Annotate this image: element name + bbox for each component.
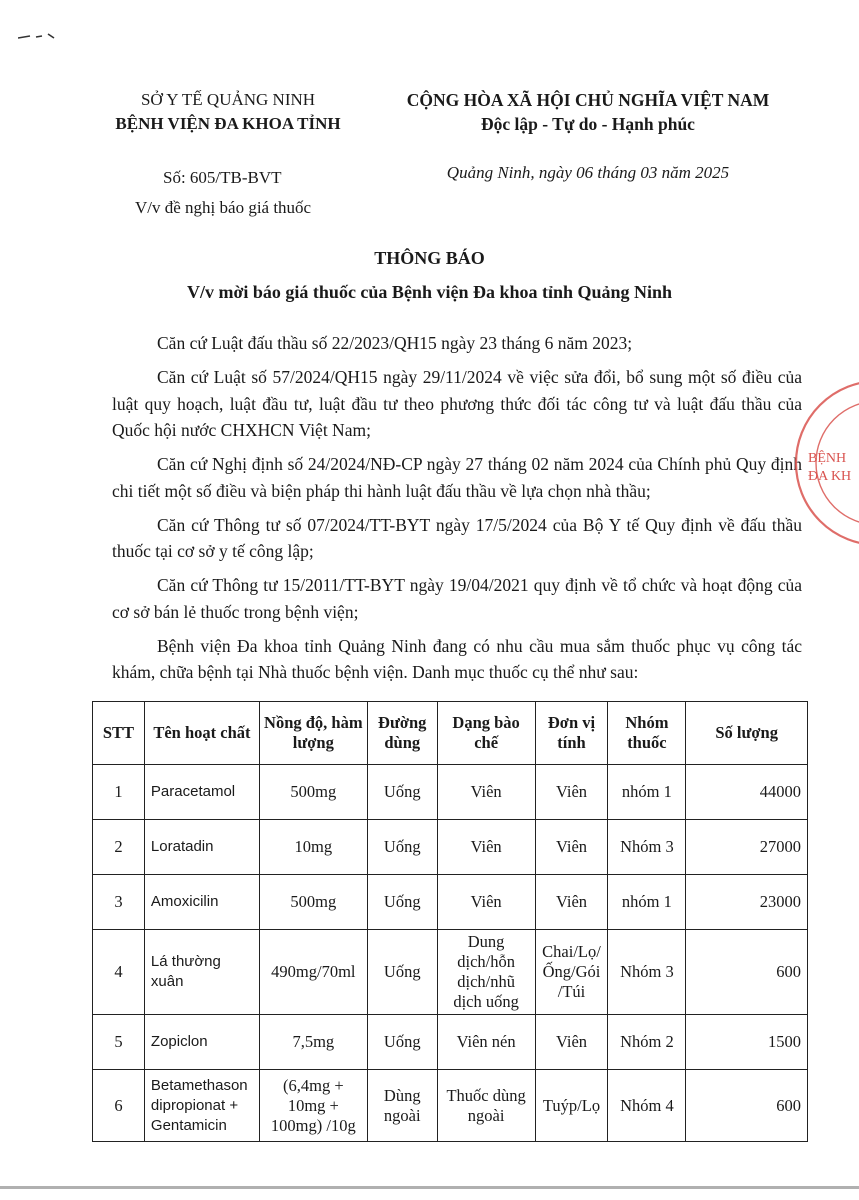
stamp-text-line2: ĐA KH	[808, 469, 851, 484]
paragraph: Căn cứ Thông tư số 07/2024/TT-BYT ngày 1…	[112, 512, 802, 565]
drug-list-table: STT Tên hoạt chất Nồng độ, hàm lượng Đườ…	[92, 701, 808, 1142]
paragraph: Căn cứ Thông tư 15/2011/TT-BYT ngày 19/0…	[112, 572, 802, 625]
document-body: Căn cứ Luật đấu thầu số 22/2023/QH15 ngà…	[112, 330, 802, 693]
table-cell: 2	[93, 820, 145, 875]
table-cell: Betamethason dipropionat + Gentamicin	[144, 1070, 259, 1142]
paragraph: Bệnh viện Đa khoa tỉnh Quảng Ninh đang c…	[112, 633, 802, 686]
issuer-header: SỞ Y TẾ QUẢNG NINH BỆNH VIỆN ĐA KHOA TỈN…	[108, 88, 348, 136]
table-cell: Uống	[367, 930, 437, 1015]
table-cell: Viên	[437, 820, 535, 875]
document-subtitle: V/v mời báo giá thuốc của Bệnh viện Đa k…	[0, 282, 859, 303]
stamp-text-line1: BỆNH	[808, 449, 846, 466]
table-cell: 44000	[686, 765, 808, 820]
country-name: CỘNG HÒA XÃ HỘI CHỦ NGHĨA VIỆT NAM	[368, 88, 808, 112]
scan-mark-decoration	[18, 32, 58, 42]
table-cell: Nhóm 3	[608, 930, 686, 1015]
table-cell: Lá thường xuân	[144, 930, 259, 1015]
table-cell: Viên	[535, 875, 608, 930]
table-cell: nhóm 1	[608, 765, 686, 820]
table-row: 2Loratadin10mgUốngViênViênNhóm 327000	[93, 820, 808, 875]
hospital-name: BỆNH VIỆN ĐA KHOA TỈNH	[108, 112, 348, 136]
table-cell: Nhóm 2	[608, 1015, 686, 1070]
table-cell: 600	[686, 930, 808, 1015]
table-cell: 27000	[686, 820, 808, 875]
table-cell: Uống	[367, 820, 437, 875]
table-row: 4Lá thường xuân490mg/70mlUốngDung dịch/h…	[93, 930, 808, 1015]
document-reference: Số: 605/TB-BVT V/v đề nghị báo giá thuốc	[135, 163, 311, 223]
table-cell: 600	[686, 1070, 808, 1142]
table-cell: 490mg/70ml	[259, 930, 367, 1015]
national-header: CỘNG HÒA XÃ HỘI CHỦ NGHĨA VIỆT NAM Độc l…	[368, 88, 808, 136]
table-cell: Uống	[367, 1015, 437, 1070]
table-cell: Viên	[535, 1015, 608, 1070]
document-number: Số: 605/TB-BVT	[135, 163, 311, 193]
table-cell: Viên	[535, 820, 608, 875]
column-header: Dạng bào chế	[437, 702, 535, 765]
national-motto: Độc lập - Tự do - Hạnh phúc	[368, 112, 808, 136]
table-cell: Viên	[535, 765, 608, 820]
column-header: Đường dùng	[367, 702, 437, 765]
table-cell: Dùng ngoài	[367, 1070, 437, 1142]
column-header: Nhóm thuốc	[608, 702, 686, 765]
document-subject: V/v đề nghị báo giá thuốc	[135, 193, 311, 223]
table-cell: Zopiclon	[144, 1015, 259, 1070]
table-cell: Amoxicilin	[144, 875, 259, 930]
table-row: 5Zopiclon7,5mgUốngViên nénViênNhóm 21500	[93, 1015, 808, 1070]
department-name: SỞ Y TẾ QUẢNG NINH	[108, 88, 348, 112]
document-title: THÔNG BÁO	[0, 248, 859, 269]
table-cell: (6,4mg + 10mg + 100mg) /10g	[259, 1070, 367, 1142]
column-header: Nồng độ, hàm lượng	[259, 702, 367, 765]
table-cell: Uống	[367, 875, 437, 930]
table-cell: nhóm 1	[608, 875, 686, 930]
paragraph: Căn cứ Luật số 57/2024/QH15 ngày 29/11/2…	[112, 364, 802, 444]
table-cell: 5	[93, 1015, 145, 1070]
table-cell: Viên nén	[437, 1015, 535, 1070]
table-cell: 6	[93, 1070, 145, 1142]
table-cell: Dung dịch/hỗn dịch/nhũ dịch uống	[437, 930, 535, 1015]
table-cell: Viên	[437, 875, 535, 930]
table-cell: 1500	[686, 1015, 808, 1070]
column-header: Số lượng	[686, 702, 808, 765]
table-header-row: STT Tên hoạt chất Nồng độ, hàm lượng Đườ…	[93, 702, 808, 765]
table-cell: 23000	[686, 875, 808, 930]
table-cell: Uống	[367, 765, 437, 820]
table-cell: Viên	[437, 765, 535, 820]
official-stamp: BỆNH ĐA KH	[788, 338, 859, 588]
paragraph: Căn cứ Nghị định số 24/2024/NĐ-CP ngày 2…	[112, 451, 802, 504]
table-row: 1Paracetamol500mgUốngViênViênnhóm 144000	[93, 765, 808, 820]
table-row: 3Amoxicilin500mgUốngViênViênnhóm 123000	[93, 875, 808, 930]
table-cell: Tuýp/Lọ	[535, 1070, 608, 1142]
table-cell: 1	[93, 765, 145, 820]
table-cell: 3	[93, 875, 145, 930]
table-cell: Loratadin	[144, 820, 259, 875]
column-header: Đơn vị tính	[535, 702, 608, 765]
document-date: Quảng Ninh, ngày 06 tháng 03 năm 2025	[368, 163, 808, 183]
table-cell: 10mg	[259, 820, 367, 875]
table-cell: 4	[93, 930, 145, 1015]
table-row: 6Betamethason dipropionat + Gentamicin(6…	[93, 1070, 808, 1142]
table-cell: Chai/Lọ/ Ống/Gói /Túi	[535, 930, 608, 1015]
table-cell: Nhóm 3	[608, 820, 686, 875]
table-cell: Thuốc dùng ngoài	[437, 1070, 535, 1142]
table-cell: 500mg	[259, 765, 367, 820]
table-cell: Nhóm 4	[608, 1070, 686, 1142]
column-header: Tên hoạt chất	[144, 702, 259, 765]
table-cell: Paracetamol	[144, 765, 259, 820]
table-cell: 7,5mg	[259, 1015, 367, 1070]
paragraph: Căn cứ Luật đấu thầu số 22/2023/QH15 ngà…	[112, 330, 802, 357]
scan-edge	[0, 1186, 859, 1189]
column-header: STT	[93, 702, 145, 765]
table-cell: 500mg	[259, 875, 367, 930]
